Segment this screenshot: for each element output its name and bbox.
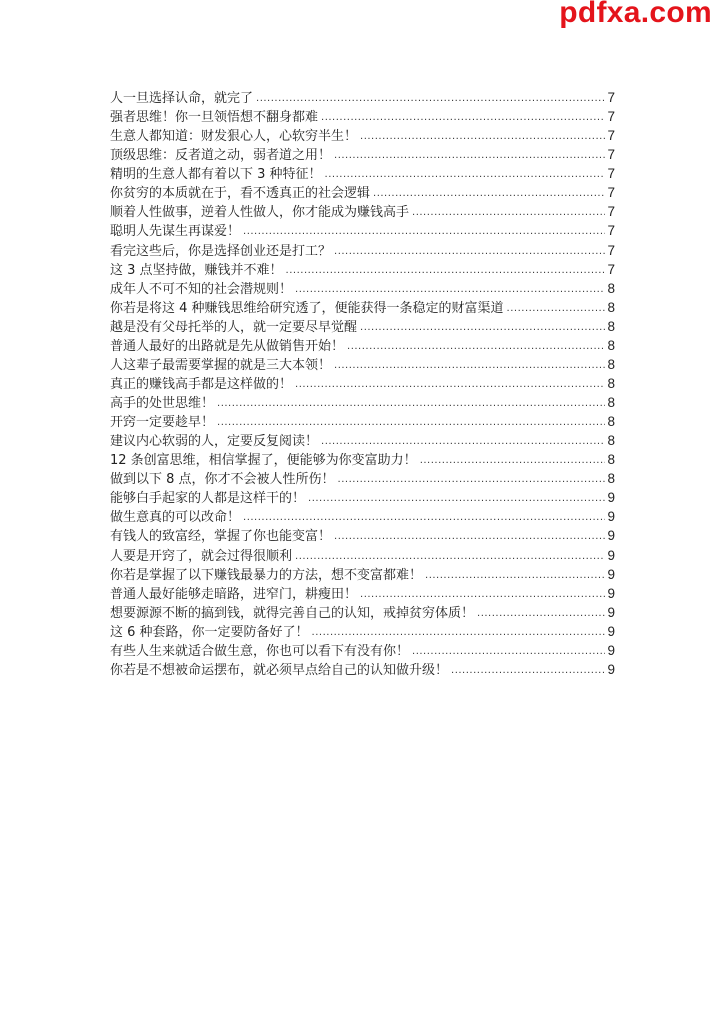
toc-entry-title: 精明的生意人都有着以下 3 种特征！ bbox=[110, 165, 322, 184]
toc-entry-page: 8 bbox=[607, 317, 615, 336]
toc-entry-page: 7 bbox=[607, 107, 615, 126]
toc-entry-title: 建议内心软弱的人，定要反复阅读！ bbox=[110, 432, 318, 451]
toc-entry-page: 7 bbox=[607, 183, 615, 202]
toc-entry-page: 9 bbox=[607, 546, 615, 565]
toc-entry-title: 你若是掌握了以下赚钱最暴力的方法，想不变富都难！ bbox=[110, 566, 422, 585]
dot-leader bbox=[347, 337, 605, 356]
toc-entry-page: 8 bbox=[607, 355, 615, 374]
toc-entry-page: 8 bbox=[607, 393, 615, 412]
dot-leader bbox=[334, 527, 605, 546]
toc-entry[interactable]: 有钱人的致富经，掌握了你也能变富！9 bbox=[110, 526, 615, 545]
toc-entry-title: 看完这些后，你是选择创业还是打工？ bbox=[110, 242, 331, 261]
dot-leader bbox=[312, 623, 606, 642]
toc-entry[interactable]: 普通人最好能够走暗路，进窄门，耕瘦田！9 bbox=[110, 584, 615, 603]
toc-entry[interactable]: 这 6 种套路，你一定要防备好了！9 bbox=[110, 622, 615, 641]
toc-entry[interactable]: 越是没有父母托举的人，就一定要尽早觉醒8 bbox=[110, 317, 615, 336]
dot-leader bbox=[360, 585, 605, 604]
toc-entry[interactable]: 人要是开窍了，就会过得很顺利9 bbox=[110, 546, 615, 565]
toc-entry-page: 9 bbox=[607, 526, 615, 545]
toc-entry-title: 12 条创富思维，相信掌握了，便能够为你变富助力！ bbox=[110, 451, 417, 470]
toc-entry-page: 7 bbox=[607, 260, 615, 279]
dot-leader bbox=[321, 432, 605, 451]
toc-entry-title: 有钱人的致富经，掌握了你也能变富！ bbox=[110, 527, 331, 546]
toc-entry[interactable]: 你贫穷的本质就在于，看不透真正的社会逻辑7 bbox=[110, 183, 615, 202]
toc-entry-title: 人要是开窍了，就会过得很顺利 bbox=[110, 547, 292, 566]
toc-entry-title: 聪明人先谋生再谋爱！ bbox=[110, 222, 240, 241]
toc-entry-page: 7 bbox=[607, 88, 615, 107]
toc-entry[interactable]: 12 条创富思维，相信掌握了，便能够为你变富助力！8 bbox=[110, 450, 615, 469]
toc-entry[interactable]: 有些人生来就适合做生意，你也可以看下有没有你！9 bbox=[110, 641, 615, 660]
toc-entry-page: 9 bbox=[607, 603, 615, 622]
toc-entry[interactable]: 做生意真的可以改命！9 bbox=[110, 507, 615, 526]
dot-leader bbox=[295, 547, 605, 566]
toc-entry[interactable]: 强者思维！你一旦领悟想不翻身都难7 bbox=[110, 107, 615, 126]
toc-entry-page: 8 bbox=[607, 412, 615, 431]
toc-entry[interactable]: 建议内心软弱的人，定要反复阅读！8 bbox=[110, 431, 615, 450]
toc-entry-title: 你贫穷的本质就在于，看不透真正的社会逻辑 bbox=[110, 184, 370, 203]
toc-entry[interactable]: 顶级思维：反者道之动，弱者道之用！7 bbox=[110, 145, 615, 164]
dot-leader bbox=[412, 642, 605, 661]
toc-entry[interactable]: 人这辈子最需要掌握的就是三大本领！8 bbox=[110, 355, 615, 374]
toc-entry-title: 生意人都知道：财发狠心人，心软穷半生！ bbox=[110, 127, 357, 146]
toc-entry-title: 真正的赚钱高手都是这样做的！ bbox=[110, 375, 292, 394]
dot-leader bbox=[334, 356, 605, 375]
toc-entry-title: 成年人不可不知的社会潜规则！ bbox=[110, 280, 292, 299]
dot-leader bbox=[256, 89, 605, 108]
toc-entry-title: 顶级思维：反者道之动，弱者道之用！ bbox=[110, 146, 331, 165]
toc-entry-title: 你若是不想被命运摆布，就必须早点给自己的认知做升级！ bbox=[110, 661, 448, 680]
toc-entry[interactable]: 人一旦选择认命，就完了7 bbox=[110, 88, 615, 107]
toc-entry-title: 这 3 点坚持做，赚钱并不难！ bbox=[110, 261, 283, 280]
toc-entry-title: 能够白手起家的人都是这样干的！ bbox=[110, 489, 305, 508]
dot-leader bbox=[325, 165, 606, 184]
dot-leader bbox=[373, 184, 605, 203]
toc-entry[interactable]: 做到以下 8 点，你才不会被人性所伤！8 bbox=[110, 469, 615, 488]
toc-entry-page: 7 bbox=[607, 145, 615, 164]
toc-entry-title: 顺着人性做事，逆着人性做人，你才能成为赚钱高手 bbox=[110, 203, 409, 222]
toc-entry-page: 7 bbox=[607, 126, 615, 145]
dot-leader bbox=[420, 451, 606, 470]
toc-entry-title: 越是没有父母托举的人，就一定要尽早觉醒 bbox=[110, 318, 357, 337]
dot-leader bbox=[295, 280, 605, 299]
toc-entry[interactable]: 顺着人性做事，逆着人性做人，你才能成为赚钱高手7 bbox=[110, 202, 615, 221]
dot-leader bbox=[308, 489, 605, 508]
toc-entry-page: 9 bbox=[607, 488, 615, 507]
toc-entry-page: 7 bbox=[607, 164, 615, 183]
toc-entry-title: 人一旦选择认命，就完了 bbox=[110, 89, 253, 108]
toc-entry-page: 8 bbox=[607, 279, 615, 298]
dot-leader bbox=[217, 413, 605, 432]
toc-entry-title: 开窍一定要趁早！ bbox=[110, 413, 214, 432]
toc-entry[interactable]: 生意人都知道：财发狠心人，心软穷半生！7 bbox=[110, 126, 615, 145]
toc-entry-title: 人这辈子最需要掌握的就是三大本领！ bbox=[110, 356, 331, 375]
toc-entry-page: 8 bbox=[607, 374, 615, 393]
toc-entry-page: 8 bbox=[607, 469, 615, 488]
dot-leader bbox=[286, 261, 606, 280]
dot-leader bbox=[477, 604, 605, 623]
toc-entry-title: 做生意真的可以改命！ bbox=[110, 508, 240, 527]
toc-entry[interactable]: 想要源源不断的搞到钱，就得完善自己的认知，戒掉贫穷体质！9 bbox=[110, 603, 615, 622]
toc-entry[interactable]: 普通人最好的出路就是先从做销售开始！8 bbox=[110, 336, 615, 355]
toc-entry-title: 普通人最好能够走暗路，进窄门，耕瘦田！ bbox=[110, 585, 357, 604]
toc-entry-title: 高手的处世思维！ bbox=[110, 394, 214, 413]
toc-entry-page: 9 bbox=[607, 660, 615, 679]
dot-leader bbox=[451, 661, 605, 680]
toc-entry[interactable]: 聪明人先谋生再谋爱！7 bbox=[110, 221, 615, 240]
toc-entry-page: 8 bbox=[607, 336, 615, 355]
toc-entry-title: 强者思维！你一旦领悟想不翻身都难 bbox=[110, 108, 318, 127]
toc-entry-title: 普通人最好的出路就是先从做销售开始！ bbox=[110, 337, 344, 356]
dot-leader bbox=[295, 375, 605, 394]
toc-entry-page: 9 bbox=[607, 641, 615, 660]
toc-entry[interactable]: 成年人不可不知的社会潜规则！8 bbox=[110, 279, 615, 298]
dot-leader bbox=[412, 203, 605, 222]
dot-leader bbox=[425, 566, 605, 585]
toc-entry[interactable]: 精明的生意人都有着以下 3 种特征！7 bbox=[110, 164, 615, 183]
toc-entry-title: 你若是将这 4 种赚钱思维给研究透了，便能获得一条稳定的财富渠道 bbox=[110, 299, 504, 318]
toc-entry[interactable]: 你若是将这 4 种赚钱思维给研究透了，便能获得一条稳定的财富渠道8 bbox=[110, 298, 615, 317]
toc-entry-page: 7 bbox=[607, 221, 615, 240]
toc-entry-page: 8 bbox=[607, 298, 615, 317]
dot-leader bbox=[243, 222, 605, 241]
toc-entry-page: 9 bbox=[607, 565, 615, 584]
dot-leader bbox=[334, 242, 605, 261]
dot-leader bbox=[243, 508, 605, 527]
dot-leader bbox=[321, 108, 605, 127]
toc-entry-page: 8 bbox=[607, 431, 615, 450]
toc-entry-page: 9 bbox=[607, 507, 615, 526]
toc-entry-title: 想要源源不断的搞到钱，就得完善自己的认知，戒掉贫穷体质！ bbox=[110, 604, 474, 623]
toc-entry-page: 9 bbox=[607, 584, 615, 603]
toc-entry[interactable]: 你若是掌握了以下赚钱最暴力的方法，想不变富都难！9 bbox=[110, 565, 615, 584]
dot-leader bbox=[360, 127, 605, 146]
dot-leader bbox=[360, 318, 605, 337]
dot-leader bbox=[338, 470, 606, 489]
dot-leader bbox=[334, 146, 605, 165]
toc-entry-title: 有些人生来就适合做生意，你也可以看下有没有你！ bbox=[110, 642, 409, 661]
watermark-logo: pdfxa.com bbox=[559, 0, 712, 29]
toc-entry[interactable]: 你若是不想被命运摆布，就必须早点给自己的认知做升级！9 bbox=[110, 660, 615, 679]
toc-entry-page: 7 bbox=[607, 241, 615, 260]
toc-entry[interactable]: 能够白手起家的人都是这样干的！9 bbox=[110, 488, 615, 507]
toc-entry[interactable]: 这 3 点坚持做，赚钱并不难！7 bbox=[110, 260, 615, 279]
toc-entry[interactable]: 开窍一定要趁早！8 bbox=[110, 412, 615, 431]
table-of-contents: 人一旦选择认命，就完了7 强者思维！你一旦领悟想不翻身都难7 生意人都知道：财发… bbox=[110, 88, 615, 679]
toc-entry-page: 7 bbox=[607, 202, 615, 221]
toc-entry[interactable]: 看完这些后，你是选择创业还是打工？7 bbox=[110, 241, 615, 260]
toc-entry-page: 9 bbox=[607, 622, 615, 641]
toc-entry[interactable]: 高手的处世思维！8 bbox=[110, 393, 615, 412]
toc-entry[interactable]: 真正的赚钱高手都是这样做的！8 bbox=[110, 374, 615, 393]
toc-entry-title: 做到以下 8 点，你才不会被人性所伤！ bbox=[110, 470, 335, 489]
toc-entry-title: 这 6 种套路，你一定要防备好了！ bbox=[110, 623, 309, 642]
dot-leader bbox=[217, 394, 605, 413]
dot-leader bbox=[507, 299, 606, 318]
toc-entry-page: 8 bbox=[607, 450, 615, 469]
